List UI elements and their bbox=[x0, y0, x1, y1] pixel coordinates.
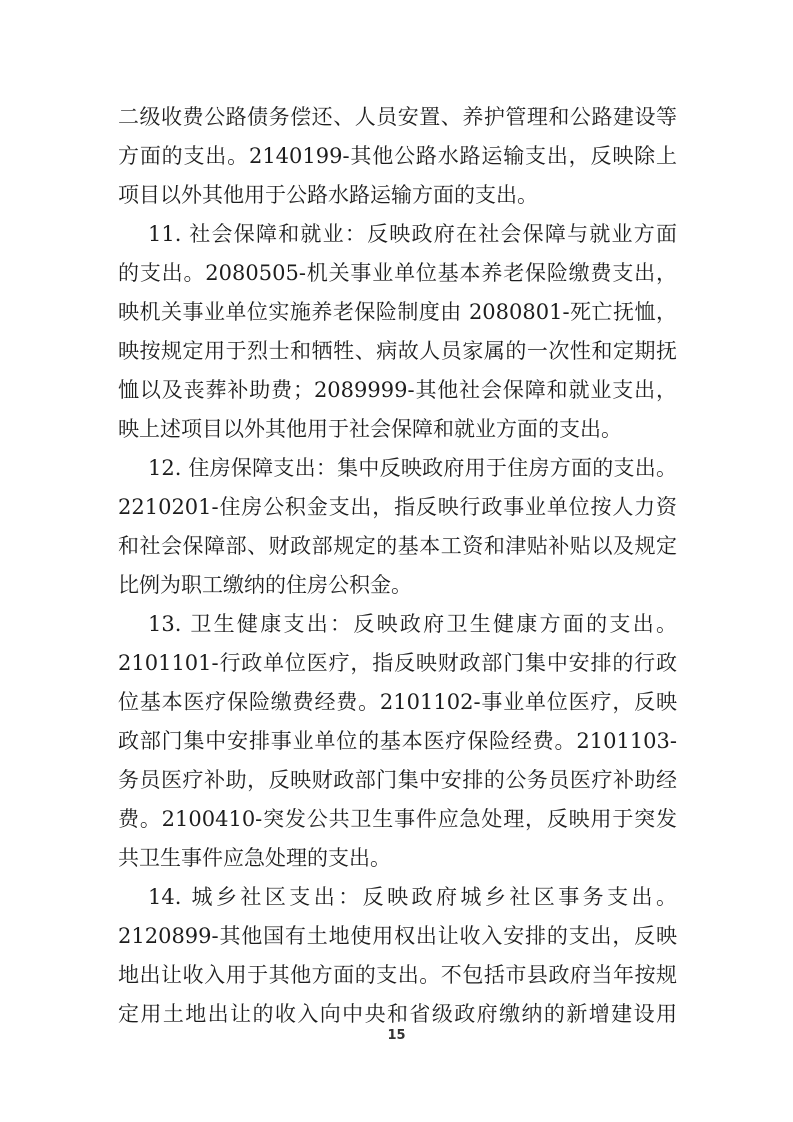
text-line: 共卫生事件应急处理的支出。 bbox=[118, 839, 677, 878]
text-line: 政部门集中安排事业单位的基本医疗保险经费。2101103-公 bbox=[118, 722, 677, 761]
text-line: 的支出。2080505-机关事业单位基本养老保险缴费支出，反 bbox=[118, 254, 677, 293]
text-line: 地出让收入用于其他方面的支出。不包括市县政府当年按规 bbox=[118, 956, 677, 995]
text-line: 费。2100410-突发公共卫生事件应急处理，反映用于突发公 bbox=[118, 800, 677, 839]
text-line: 13. 卫生健康支出：反映政府卫生健康方面的支出。 bbox=[118, 605, 677, 644]
text-line: 12. 住房保障支出：集中反映政府用于住房方面的支出。 bbox=[118, 449, 677, 488]
document-text-block: 二级收费公路债务偿还、人员安置、养护管理和公路建设等 方面的支出。2140199… bbox=[118, 98, 677, 1034]
text-line: 比例为职工缴纳的住房公积金。 bbox=[118, 566, 677, 605]
page-number: 15 bbox=[0, 1028, 793, 1043]
text-line: 和社会保障部、财政部规定的基本工资和津贴补贴以及规定 bbox=[118, 527, 677, 566]
text-line: 项目以外其他用于公路水路运输方面的支出。 bbox=[118, 176, 677, 215]
text-line: 2210201-住房公积金支出，指反映行政事业单位按人力资源 bbox=[118, 488, 677, 527]
text-line: 恤以及丧葬补助费；2089999-其他社会保障和就业支出，反 bbox=[118, 371, 677, 410]
text-line: 11. 社会保障和就业：反映政府在社会保障与就业方面 bbox=[118, 215, 677, 254]
text-line: 务员医疗补助，反映财政部门集中安排的公务员医疗补助经 bbox=[118, 761, 677, 800]
text-line: 2120899-其他国有土地使用权出让收入安排的支出，反映土 bbox=[118, 917, 677, 956]
text-line: 2101101-行政单位医疗，指反映财政部门集中安排的行政单 bbox=[118, 644, 677, 683]
text-line: 映上述项目以外其他用于社会保障和就业方面的支出。 bbox=[118, 410, 677, 449]
text-line: 映按规定用于烈士和牺牲、病故人员家属的一次性和定期抚 bbox=[118, 332, 677, 371]
document-page: 二级收费公路债务偿还、人员安置、养护管理和公路建设等 方面的支出。2140199… bbox=[0, 0, 793, 1122]
text-line: 14. 城乡社区支出：反映政府城乡社区事务支出。 bbox=[118, 878, 677, 917]
text-line: 位基本医疗保险缴费经费。2101102-事业单位医疗，反映财 bbox=[118, 683, 677, 722]
text-line: 映机关事业单位实施养老保险制度由 2080801-死亡抚恤，反 bbox=[118, 293, 677, 332]
text-line: 方面的支出。2140199-其他公路水路运输支出，反映除上述 bbox=[118, 137, 677, 176]
text-line: 二级收费公路债务偿还、人员安置、养护管理和公路建设等 bbox=[118, 98, 677, 137]
